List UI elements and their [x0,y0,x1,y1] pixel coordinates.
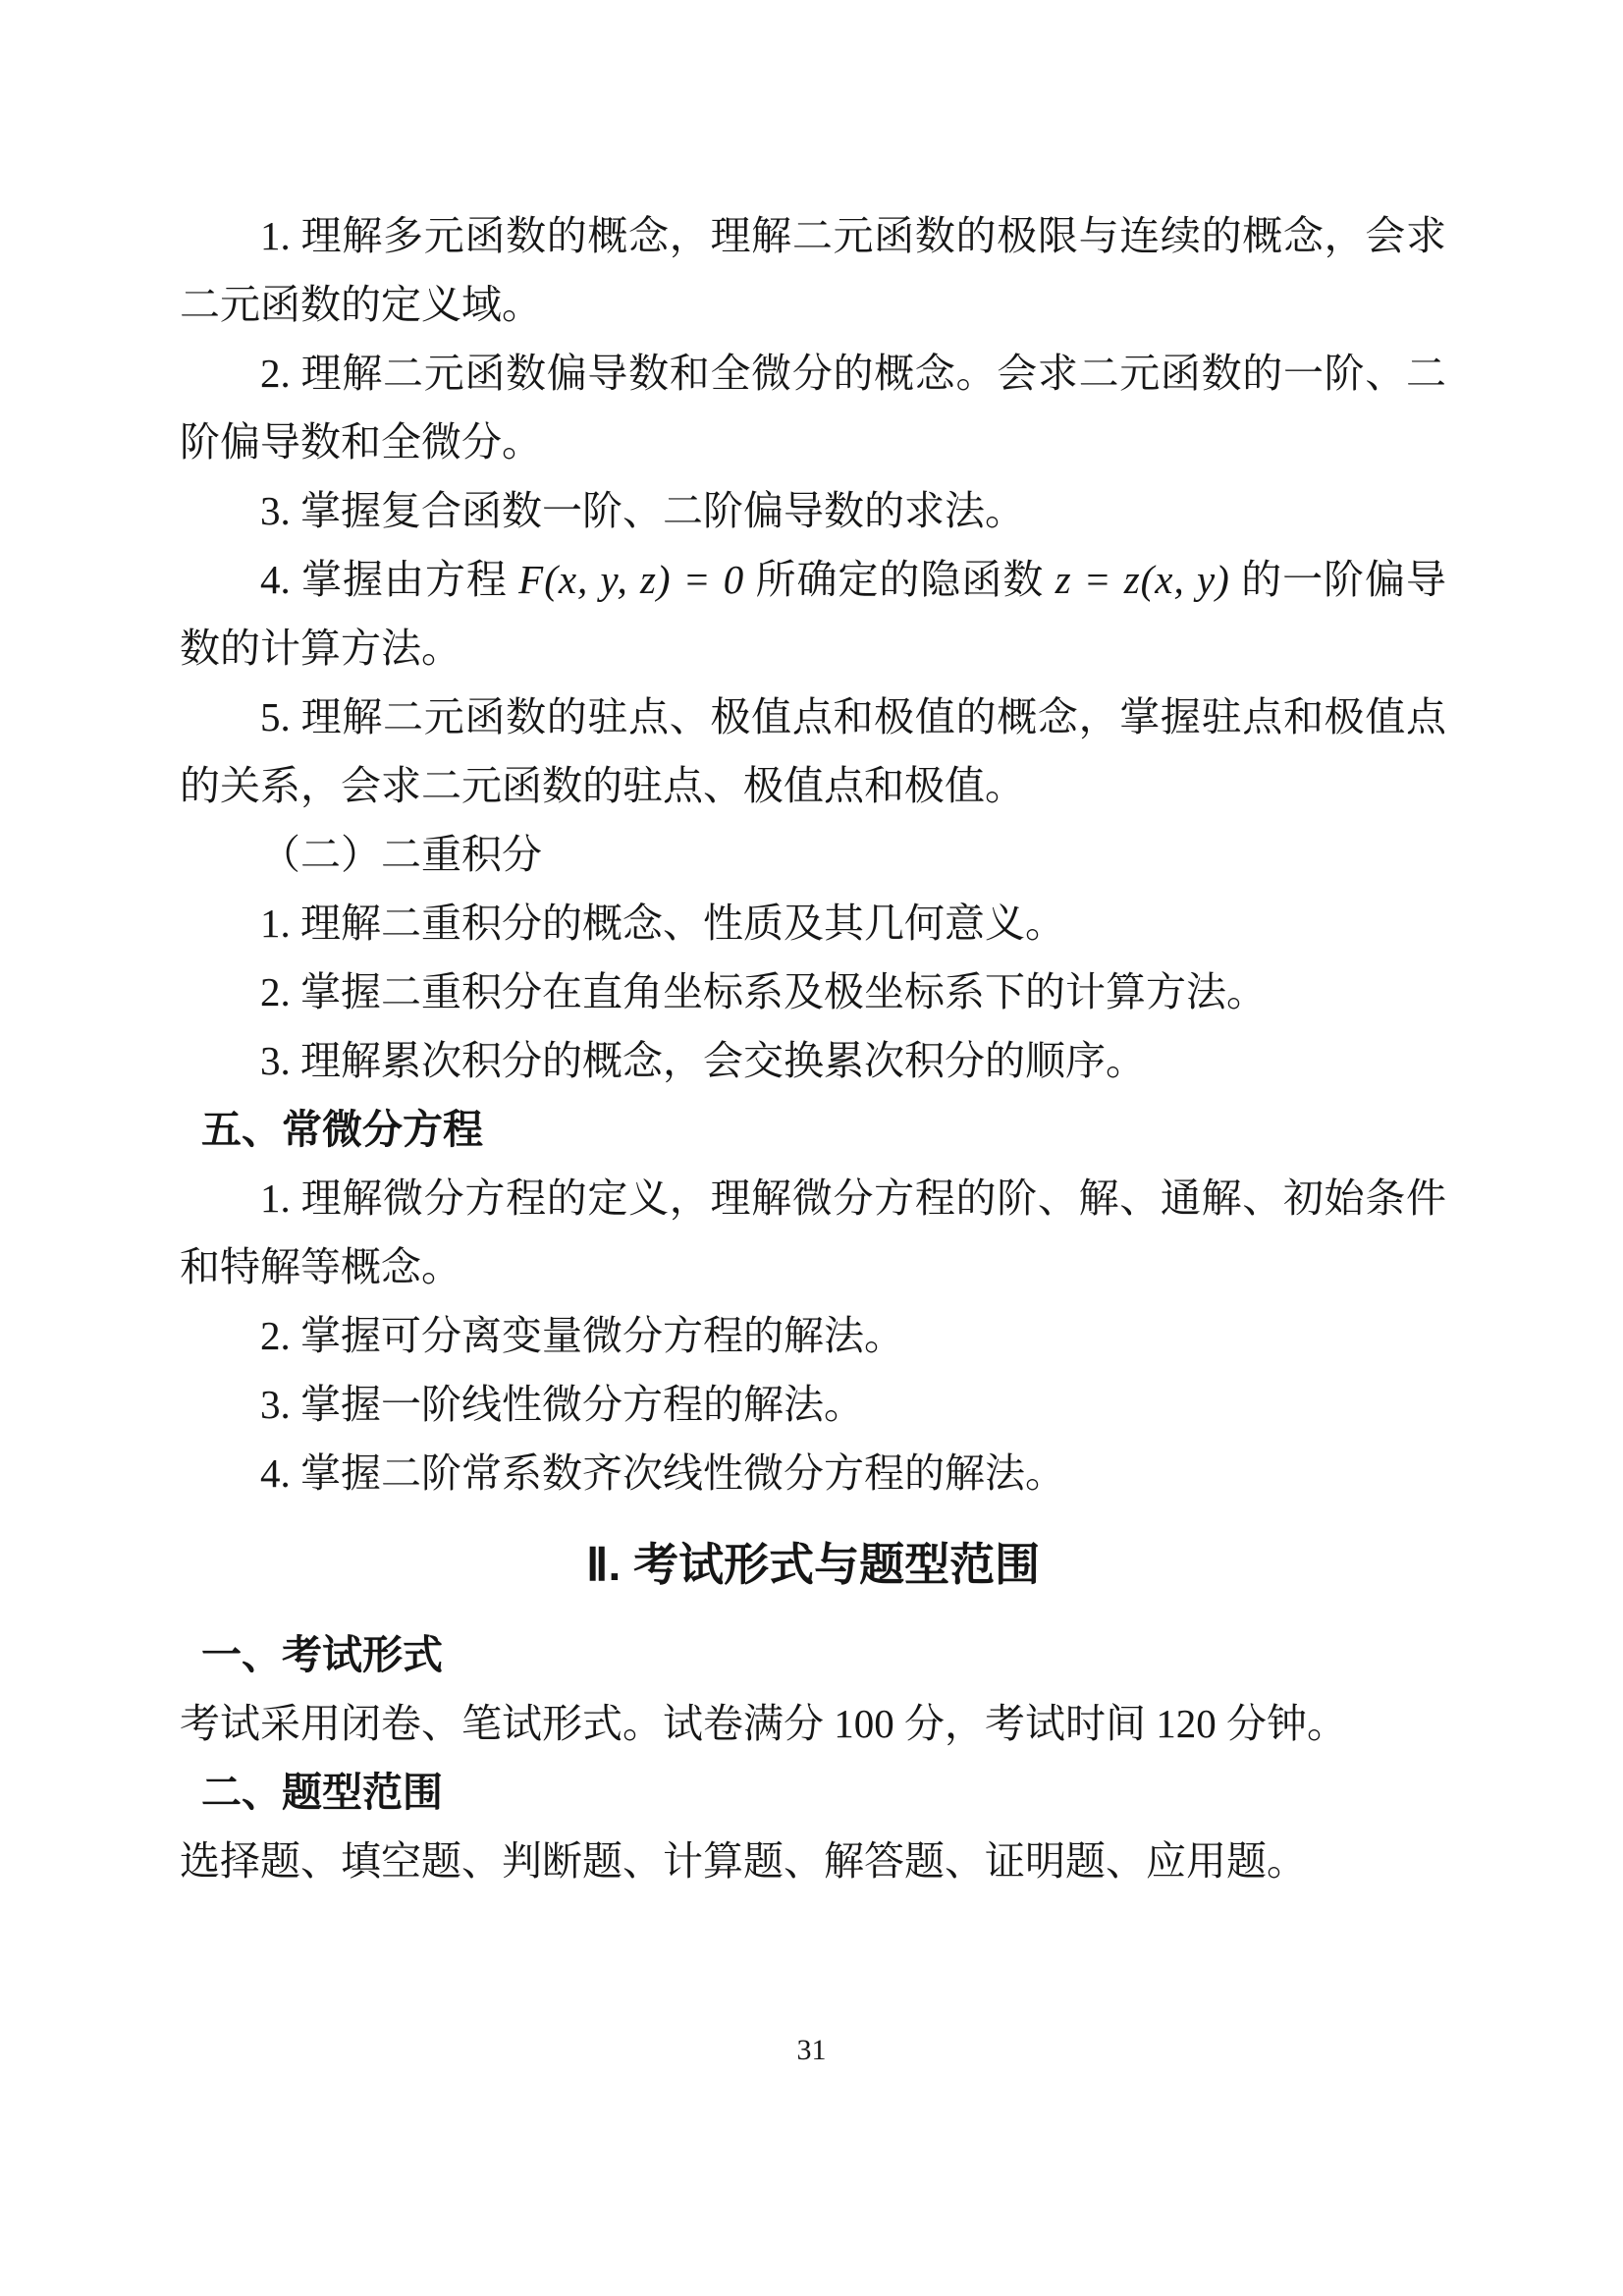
exam-main-heading: Ⅱ. 考试形式与题型范围 [180,1530,1446,1599]
exam-form-text: 考试采用闭卷、笔试形式。试卷满分 100 分，考试时间 120 分钟。 [180,1689,1446,1758]
ode-item-4: 4. 掌握二阶常系数齐次线性微分方程的解法。 [180,1439,1446,1507]
ode-item-3: 3. 掌握一阶线性微分方程的解法。 [180,1370,1446,1439]
ode-item-1: 1. 理解微分方程的定义，理解微分方程的阶、解、通解、初始条件和特解等概念。 [180,1164,1446,1301]
multivar-item-5: 5. 理解二元函数的驻点、极值点和极值的概念，掌握驻点和极值点的关系，会求二元函… [180,683,1446,820]
exam-form-heading: 一、考试形式 [180,1620,1446,1689]
double-integral-item-3: 3. 理解累次积分的概念，会交换累次积分的顺序。 [180,1026,1446,1095]
multivar-item-4-prefix: 4. 掌握由方程 [260,557,518,602]
multivar-item-4: 4. 掌握由方程 F(x, y, z) = 0 所确定的隐函数 z = z(x,… [180,545,1446,683]
multivar-item-1: 1. 理解多元函数的概念，理解二元函数的极限与连续的概念，会求二元函数的定义域。 [180,201,1446,339]
implicit-function-formula: z = z(x, y) [1055,557,1230,602]
exam-types-heading: 二、题型范围 [180,1758,1446,1827]
multivar-item-4-mid: 所确定的隐函数 [744,557,1055,602]
ode-section-heading: 五、常微分方程 [180,1095,1446,1164]
double-integral-item-1: 1. 理解二重积分的概念、性质及其几何意义。 [180,889,1446,957]
document-page: 1. 理解多元函数的概念，理解二元函数的极限与连续的概念，会求二元函数的定义域。… [0,0,1623,2296]
multivar-item-2: 2. 理解二元函数偏导数和全微分的概念。会求二元函数的一阶、二阶偏导数和全微分。 [180,339,1446,476]
ode-item-2: 2. 掌握可分离变量微分方程的解法。 [180,1301,1446,1370]
exam-types-text: 选择题、填空题、判断题、计算题、解答题、证明题、应用题。 [180,1827,1446,1895]
implicit-equation-formula: F(x, y, z) = 0 [518,557,744,602]
page-body: 1. 理解多元函数的概念，理解二元函数的极限与连续的概念，会求二元函数的定义域。… [180,201,1446,1895]
double-integral-item-2: 2. 掌握二重积分在直角坐标系及极坐标系下的计算方法。 [180,957,1446,1026]
multivar-item-3: 3. 掌握复合函数一阶、二阶偏导数的求法。 [180,476,1446,545]
page-number: 31 [0,2031,1623,2070]
double-integral-heading: （二）二重积分 [180,820,1446,889]
